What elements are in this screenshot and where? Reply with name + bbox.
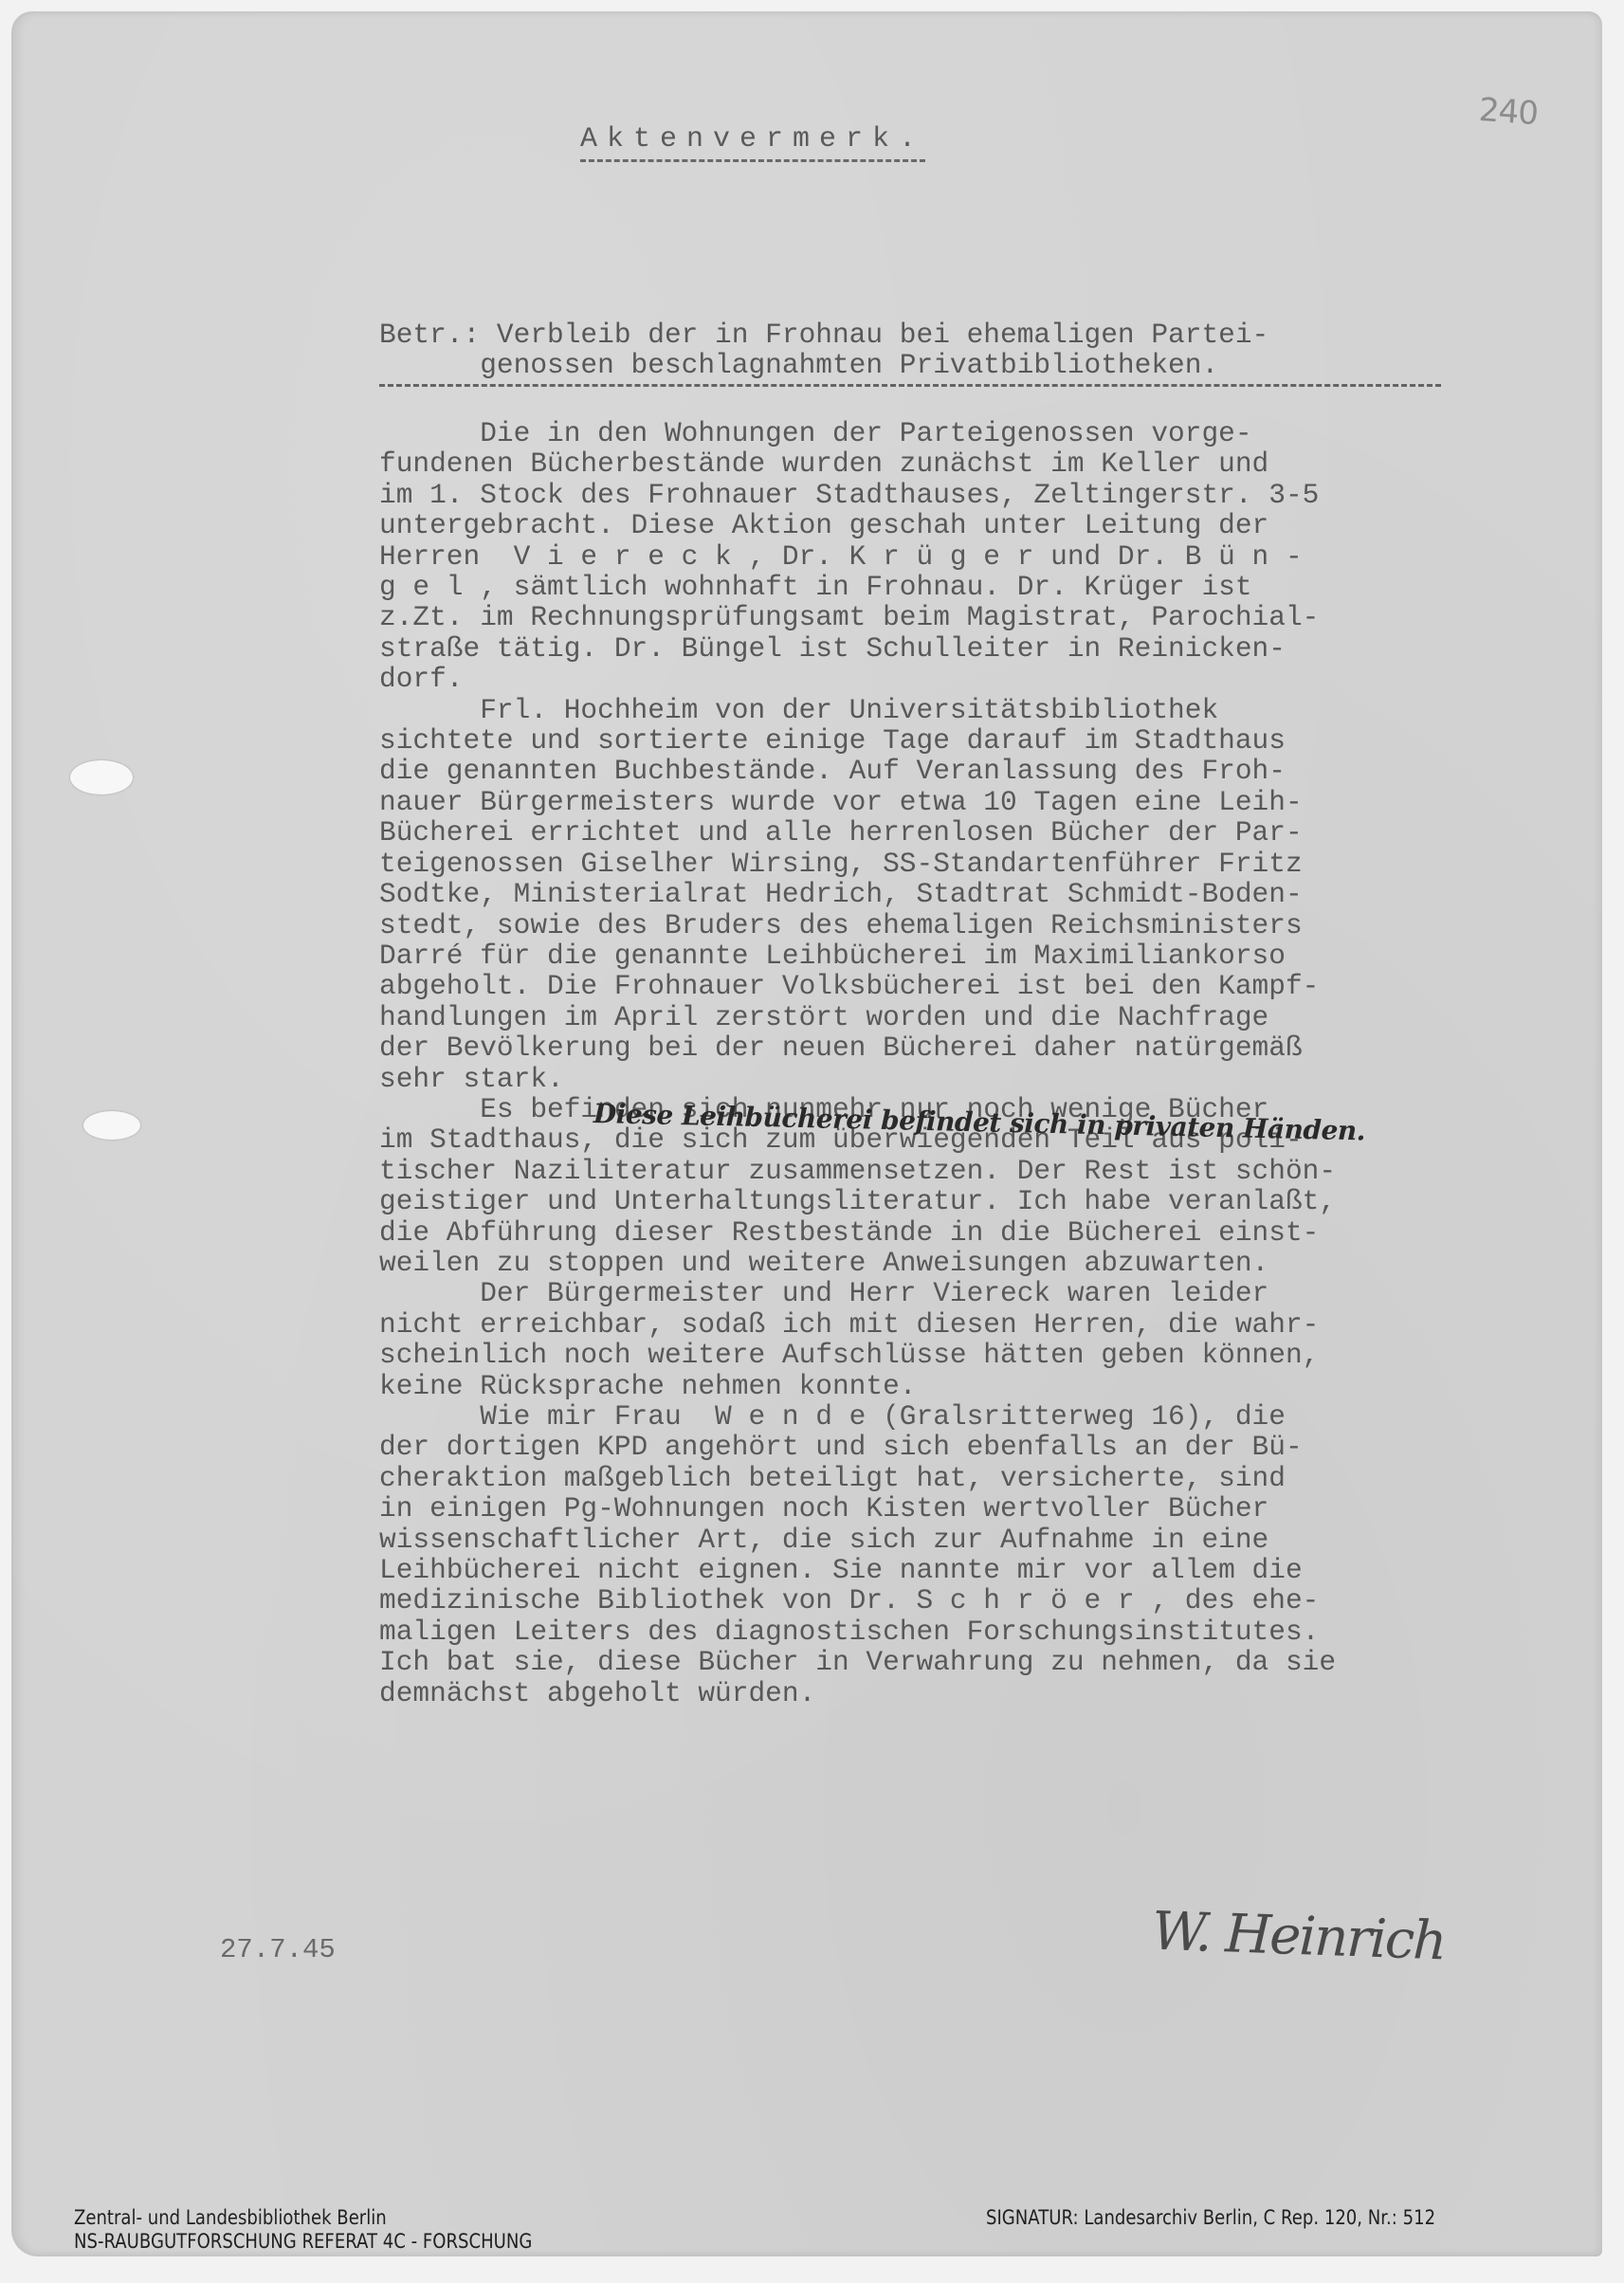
footer-archive-info: Zentral- und Landesbibliothek Berlin NS-… bbox=[74, 2206, 532, 2254]
body-line: Wie mir Frau W e n d e (Gralsritterweg 1… bbox=[379, 1401, 1336, 1432]
body-line: in einigen Pg-Wohnungen noch Kisten wert… bbox=[379, 1493, 1336, 1524]
signature: W. Heinrich bbox=[1151, 1901, 1447, 1973]
body-line: dorf. bbox=[379, 664, 1336, 694]
body-line: Bücherei errichtet und alle herrenlosen … bbox=[379, 817, 1336, 848]
subject-underline bbox=[379, 384, 1441, 387]
body-line: Herren V i e r e c k , Dr. K r ü g e r u… bbox=[379, 541, 1336, 572]
footer-call-number: SIGNATUR: Landesarchiv Berlin, C Rep. 12… bbox=[986, 2206, 1435, 2230]
body-line: nicht erreichbar, sodaß ich mit diesen H… bbox=[379, 1309, 1336, 1340]
footer-signature-ref: SIGNATUR: Landesarchiv Berlin, C Rep. 12… bbox=[986, 2206, 1435, 2230]
body-line: cheraktion maßgeblich beteiligt hat, ver… bbox=[379, 1463, 1336, 1493]
body-line: abgeholt. Die Frohnauer Volksbücherei is… bbox=[379, 971, 1336, 1001]
body-line: im 1. Stock des Frohnauer Stadthauses, Z… bbox=[379, 480, 1336, 510]
body-line: Die in den Wohnungen der Parteigenossen … bbox=[379, 418, 1336, 448]
punch-hole bbox=[83, 1111, 140, 1140]
folio-number: 240 bbox=[1478, 91, 1540, 133]
body-line: Leihbücherei nicht eignen. Sie nannte mi… bbox=[379, 1555, 1336, 1585]
body-line: Frl. Hochheim von der Universitätsbiblio… bbox=[379, 695, 1336, 725]
body-line: der Bevölkerung bei der neuen Bücherei d… bbox=[379, 1032, 1336, 1063]
subject-line-2: genossen beschlagnahmten Privatbibliothe… bbox=[480, 349, 1218, 381]
document-date: 27.7.45 bbox=[220, 1934, 336, 1965]
body-line: teigenossen Giselher Wirsing, SS-Standar… bbox=[379, 849, 1336, 879]
body-line: straße tätig. Dr. Büngel ist Schulleiter… bbox=[379, 633, 1336, 664]
document-title: Aktenvermerk. bbox=[580, 123, 925, 162]
body-line: sehr stark. bbox=[379, 1064, 1336, 1094]
subject-line-1: Verbleib der in Frohnau bei ehemaligen P… bbox=[497, 319, 1268, 351]
body-line: z.Zt. im Rechnungsprüfungsamt beim Magis… bbox=[379, 602, 1336, 632]
body-line: wissenschaftlicher Art, die sich zur Auf… bbox=[379, 1525, 1336, 1555]
body-line: weilen zu stoppen und weitere Anweisunge… bbox=[379, 1248, 1336, 1278]
body-text: Die in den Wohnungen der Parteigenossen … bbox=[379, 418, 1336, 1708]
body-line: Darré für die genannte Leihbücherei im M… bbox=[379, 941, 1336, 971]
body-line: fundenen Bücherbestände wurden zunächst … bbox=[379, 448, 1336, 479]
footer-library-name: Zentral- und Landesbibliothek Berlin bbox=[74, 2206, 532, 2230]
subject-label: Betr.: bbox=[379, 319, 480, 351]
body-line: die genannten Buchbestände. Auf Veranlas… bbox=[379, 756, 1336, 786]
body-line: geistiger und Unterhaltungsliteratur. Ic… bbox=[379, 1186, 1336, 1216]
body-line: scheinlich noch weitere Aufschlüsse hätt… bbox=[379, 1340, 1336, 1370]
body-line: stedt, sowie des Bruders des ehemaligen … bbox=[379, 910, 1336, 941]
body-line: tischer Naziliteratur zusammensetzen. De… bbox=[379, 1156, 1336, 1186]
footer-department: NS-RAUBGUTFORSCHUNG REFERAT 4C - FORSCHU… bbox=[74, 2230, 532, 2254]
body-line: die Abführung dieser Restbestände in die… bbox=[379, 1217, 1336, 1248]
punch-hole bbox=[70, 760, 133, 794]
body-line: Sodtke, Ministerialrat Hedrich, Stadtrat… bbox=[379, 879, 1336, 909]
body-line: der dortigen KPD angehört und sich ebenf… bbox=[379, 1432, 1336, 1462]
body-line: nauer Bürgermeisters wurde vor etwa 10 T… bbox=[379, 787, 1336, 817]
body-line: sichtete und sortierte einige Tage darau… bbox=[379, 725, 1336, 756]
subject-block: Betr.: Verbleib der in Frohnau bei ehema… bbox=[379, 320, 1268, 381]
body-line: maligen Leiters des diagnostischen Forsc… bbox=[379, 1616, 1336, 1647]
body-line: g e l , sämtlich wohnhaft in Frohnau. Dr… bbox=[379, 572, 1336, 602]
body-line: untergebracht. Diese Aktion geschah unte… bbox=[379, 510, 1336, 540]
body-line: handlungen im April zerstört worden und … bbox=[379, 1002, 1336, 1032]
body-line: Der Bürgermeister und Herr Viereck waren… bbox=[379, 1278, 1336, 1308]
body-line: demnächst abgeholt würden. bbox=[379, 1678, 1336, 1708]
body-line: keine Rücksprache nehmen konnte. bbox=[379, 1371, 1336, 1401]
body-line: medizinische Bibliothek von Dr. S c h r … bbox=[379, 1585, 1336, 1616]
body-line: Ich bat sie, diese Bücher in Verwahrung … bbox=[379, 1647, 1336, 1677]
